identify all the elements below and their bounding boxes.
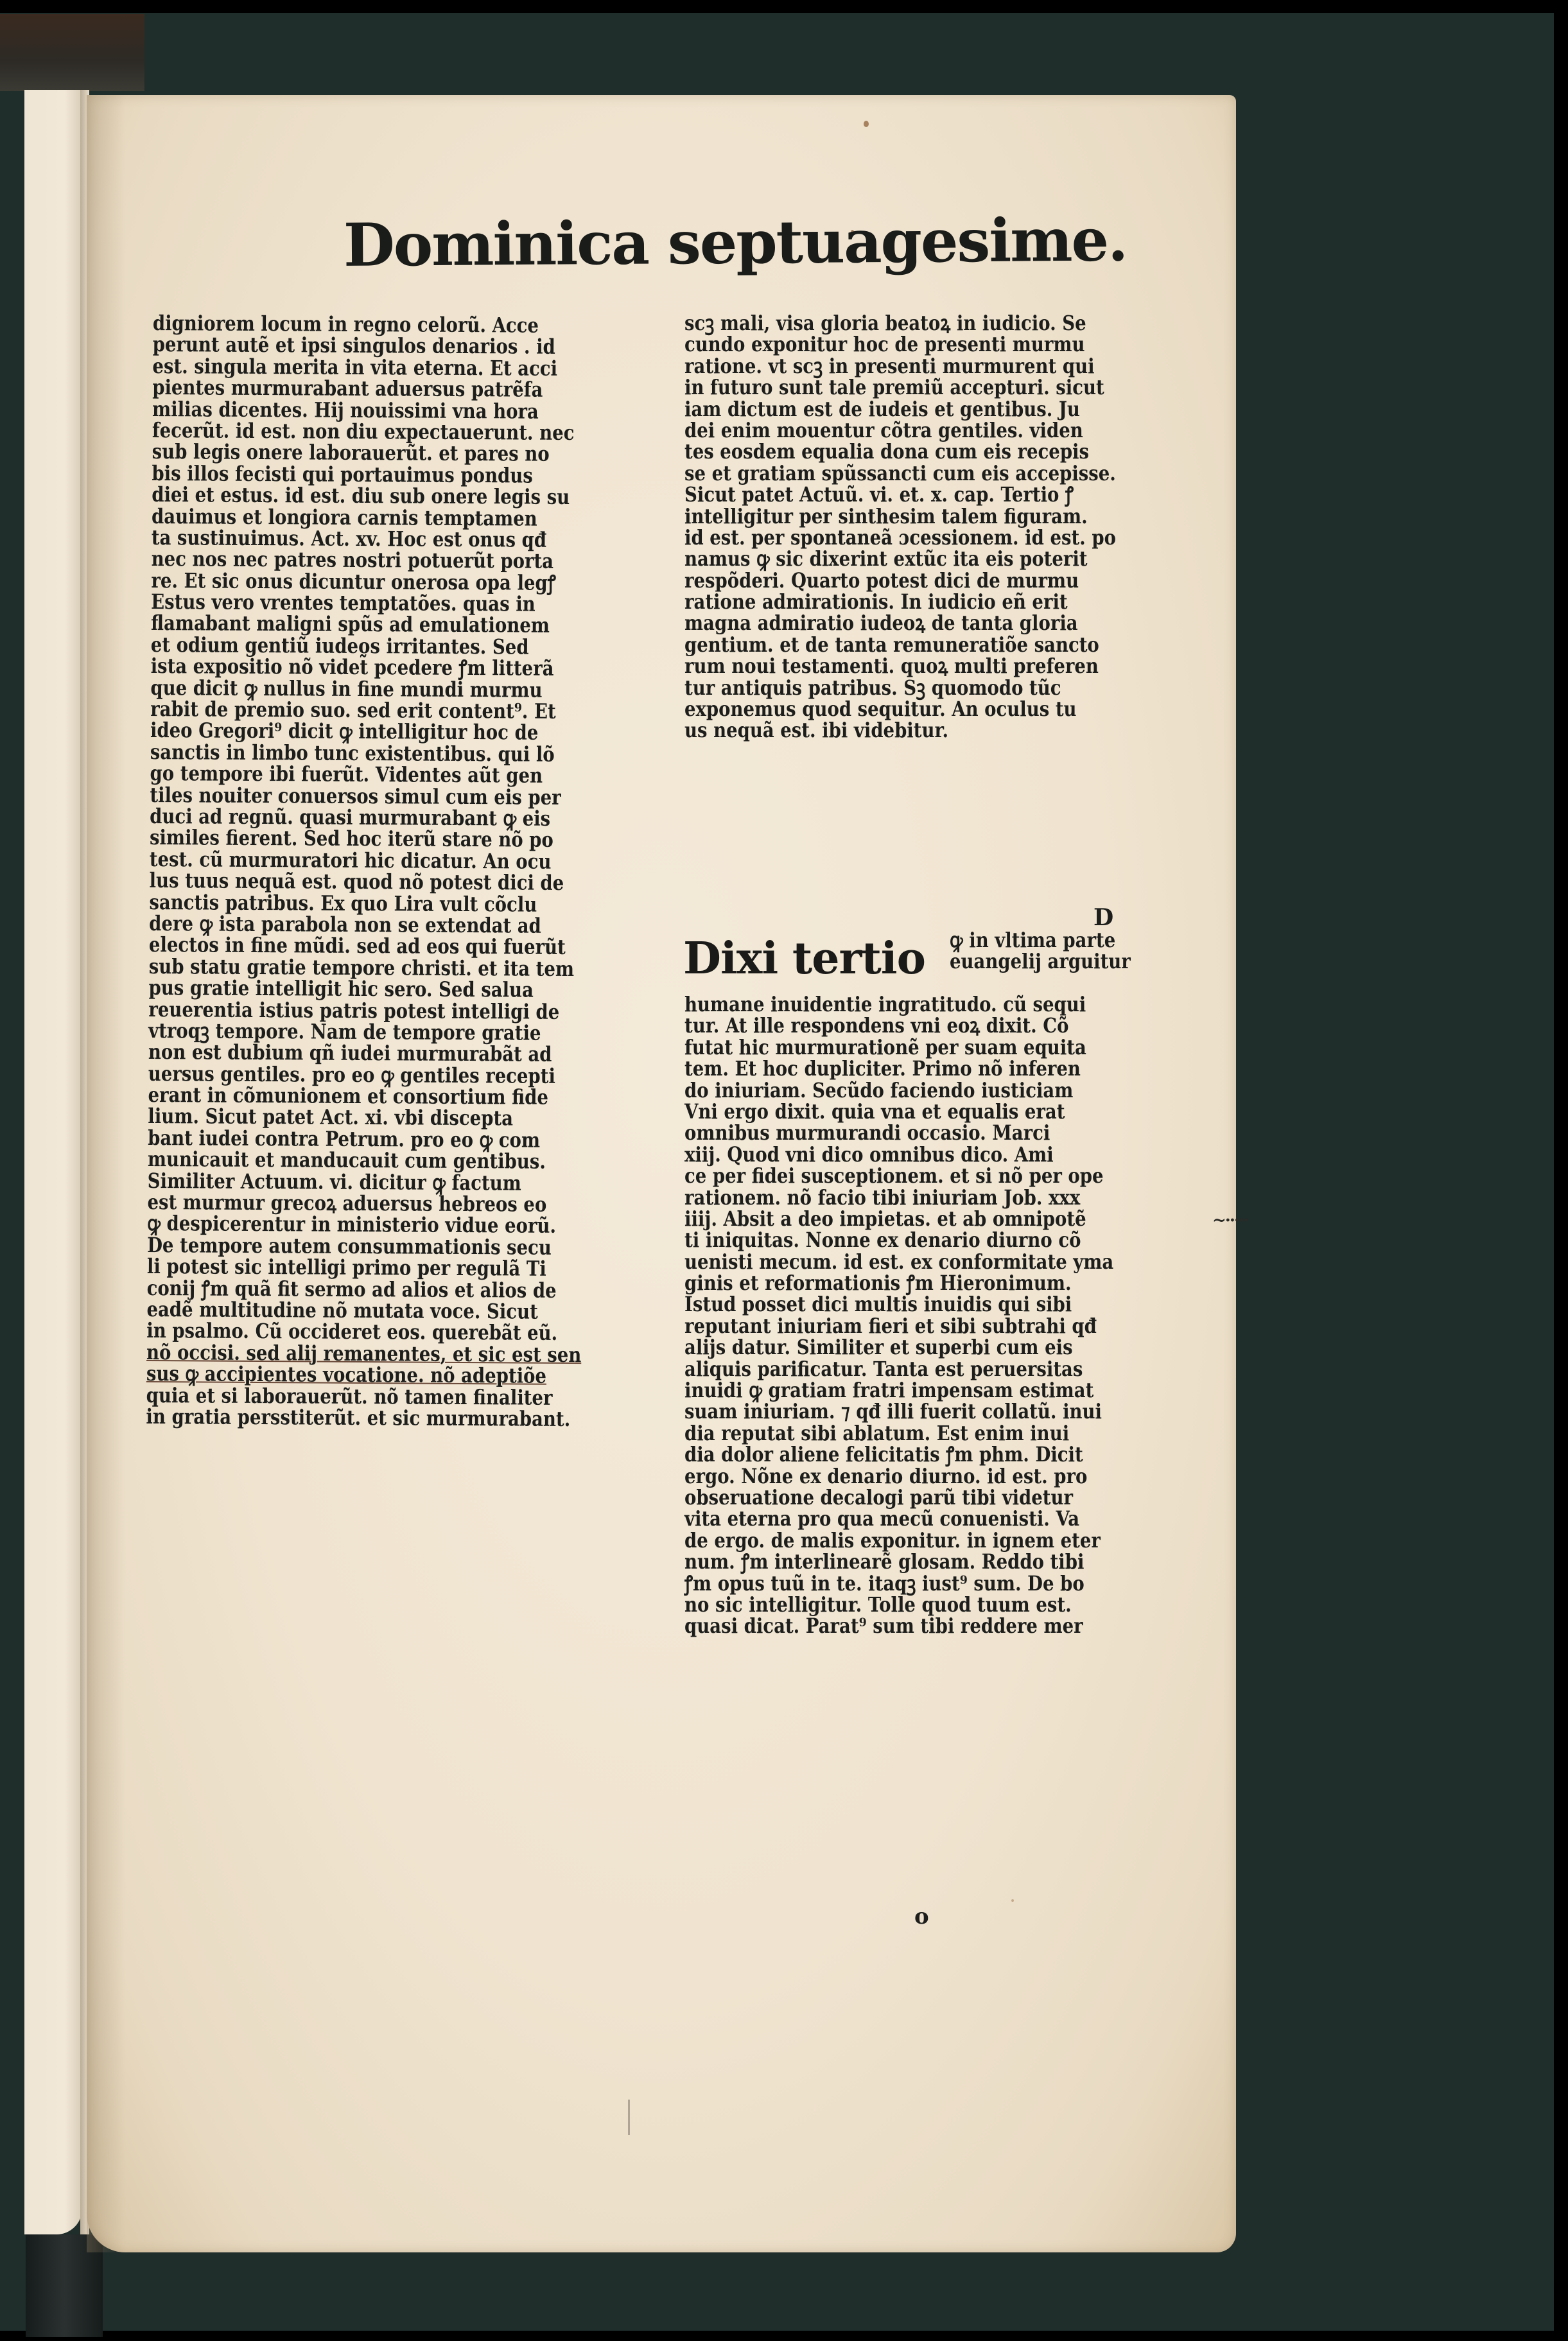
text-line: reputant iniuriam fieri et sibi subtrahi… [684, 1316, 1120, 1337]
text-line: alijs datur. Similiter et superbi cum ei… [684, 1337, 1120, 1358]
text-line: aliquis parificatur. Tanta est peruersit… [684, 1359, 1120, 1380]
text-line: id est. per spontaneã ɔcessionem. id est… [684, 527, 1120, 548]
text-line: de ergo. de malis exponitur. in ignem et… [684, 1530, 1120, 1551]
text-line: uenisti mecum. id est. ex conformitate y… [684, 1251, 1120, 1273]
text-line: rum noui testamenti. quoꝝ multi preferen [684, 656, 1120, 677]
text-line: Istud posset dici multis inuidis qui sib… [684, 1294, 1120, 1315]
text-line: se et gratiam spũssancti cum eis accepis… [684, 463, 1120, 484]
text-line: futat hic murmurationẽ per suam equita [684, 1037, 1120, 1058]
signature-mark: o [914, 1904, 929, 1929]
right-text-column-top: scꝫ mali, visa gloria beatoꝝ in iudicio.… [684, 313, 1120, 742]
text-line: num. ꝭm interlinearẽ glosam. Reddo tibi [684, 1551, 1120, 1572]
text-line: ti iniquitas. Nonne ex denario diurno cõ [684, 1230, 1120, 1251]
initial-side-text: ꝙ in vltima parteeuangelij arguitur [950, 930, 1160, 973]
text-line: no sic intelligitur. Tolle quod tuum est… [684, 1594, 1120, 1615]
text-line: respõderi. Quarto potest dici de murmu [684, 570, 1120, 591]
text-line: us nequã est. ibi videbitur. [684, 720, 1120, 741]
text-line: Vni ergo dixit. quia vna et equalis erat [684, 1101, 1120, 1122]
guide-letter: D [1093, 904, 1113, 931]
text-line: ergo. Nõne ex denario diurno. id est. pr… [684, 1466, 1120, 1487]
text-line: ꝭm opus tuũ in te. itaqꝫ iust⁹ sum. De b… [684, 1573, 1120, 1594]
text-line: gentium. et de tanta remuneratiõe sancto [684, 634, 1120, 656]
text-line: dia reputat sibi ablatum. Est enim inui [684, 1423, 1120, 1444]
text-line: dia dolor aliene felicitatis ꝭm phm. Dic… [684, 1444, 1120, 1465]
text-line: iam dictum est de iudeis et gentibus. Ju [684, 399, 1120, 420]
text-line: namus ꝙ sic dixerint extũc ita eis poter… [684, 548, 1120, 570]
text-line: ratione admirationis. In iudicio eñ erit [684, 591, 1120, 613]
text-line: tem. Et hoc dupliciter. Primo nõ inferen [684, 1058, 1120, 1079]
text-line: quasi dicat. Parat⁹ sum tibi reddere mer [684, 1615, 1120, 1637]
text-line: cundo exponitur hoc de presenti murmu [684, 334, 1120, 355]
text-line: ginis et reformationis ꝭm Hieronimum. [684, 1273, 1120, 1294]
text-line: suam iniuriam. ⁊ qđ illi fuerit collatũ.… [684, 1401, 1120, 1422]
text-line: euangelij arguitur [950, 951, 1160, 972]
text-line: intelligitur per sinthesim talem figuram… [684, 506, 1120, 527]
marginal-annotation: ~····· [1212, 1211, 1248, 1230]
text-line: ꝙ in vltima parte [950, 930, 1160, 951]
section-initial: Dixi tertio ꝙ in vltima parteeuangelij a… [683, 930, 1184, 994]
text-line: scꝫ mali, visa gloria beatoꝝ in iudicio.… [684, 313, 1120, 334]
foxing-spot [864, 121, 869, 127]
text-line: ce per fidei susceptionem. et si nõ per … [684, 1165, 1120, 1187]
text-line: in gratia persstiterũt. et sic murmuraba… [146, 1406, 577, 1430]
text-line: iiij. Absit a deo impietas. et ab omnipo… [684, 1208, 1120, 1230]
text-line: inuidi ꝙ gratiam fratri impensam estimat [684, 1380, 1120, 1401]
left-text-column: digniorem locum in regno celorũ. Acceper… [146, 313, 583, 1430]
right-text-column-bottom: humane inuidentie ingratitudo. cũ sequit… [684, 994, 1120, 1637]
text-line: tur. At ille respondens vni eoꝝ dixit. C… [684, 1015, 1120, 1036]
foxing-spot [1011, 1899, 1014, 1902]
text-line: in futuro sunt tale premiũ accepturi. si… [684, 377, 1120, 398]
initial-heading: Dixi tertio [683, 930, 925, 988]
text-line: rationem. nõ facio tibi iniuriam Job. xx… [684, 1187, 1120, 1208]
book-cover-edge [0, 14, 144, 91]
fold-mark [628, 2100, 630, 2135]
text-line: xiij. Quod vni dico omnibus dico. Ami [684, 1144, 1120, 1165]
text-line: omnibus murmurandi occasio. Marci [684, 1122, 1120, 1144]
text-line: dei enim mouentur cõtra gentiles. viden [684, 420, 1120, 441]
text-line: exponemus quod sequitur. An oculus tu [684, 699, 1120, 720]
text-line: do iniuriam. Secũdo faciendo iusticiam [684, 1080, 1120, 1101]
running-title: Dominica septuagesime. [344, 202, 1063, 284]
previous-page-edge [24, 90, 82, 2234]
text-line: tur antiquis patribus. Sꝫ quomodo tũc [684, 677, 1120, 699]
text-line: vita eterna pro qua mecũ conuenisti. Va [684, 1508, 1120, 1529]
text-line: ratione. vt scꝫ in presenti murmurent qu… [684, 356, 1120, 377]
text-line: magna admiratio iudeoꝝ de tanta gloria [684, 613, 1120, 634]
text-line: humane inuidentie ingratitudo. cũ sequi [684, 994, 1120, 1015]
text-line: Sicut patet Actuũ. vi. et. x. cap. Terti… [684, 484, 1120, 505]
text-line: obseruatione decalogi parũ tibi videtur [684, 1487, 1120, 1508]
text-line: tes eosdem equalia dona cum eis recepis [684, 441, 1120, 462]
